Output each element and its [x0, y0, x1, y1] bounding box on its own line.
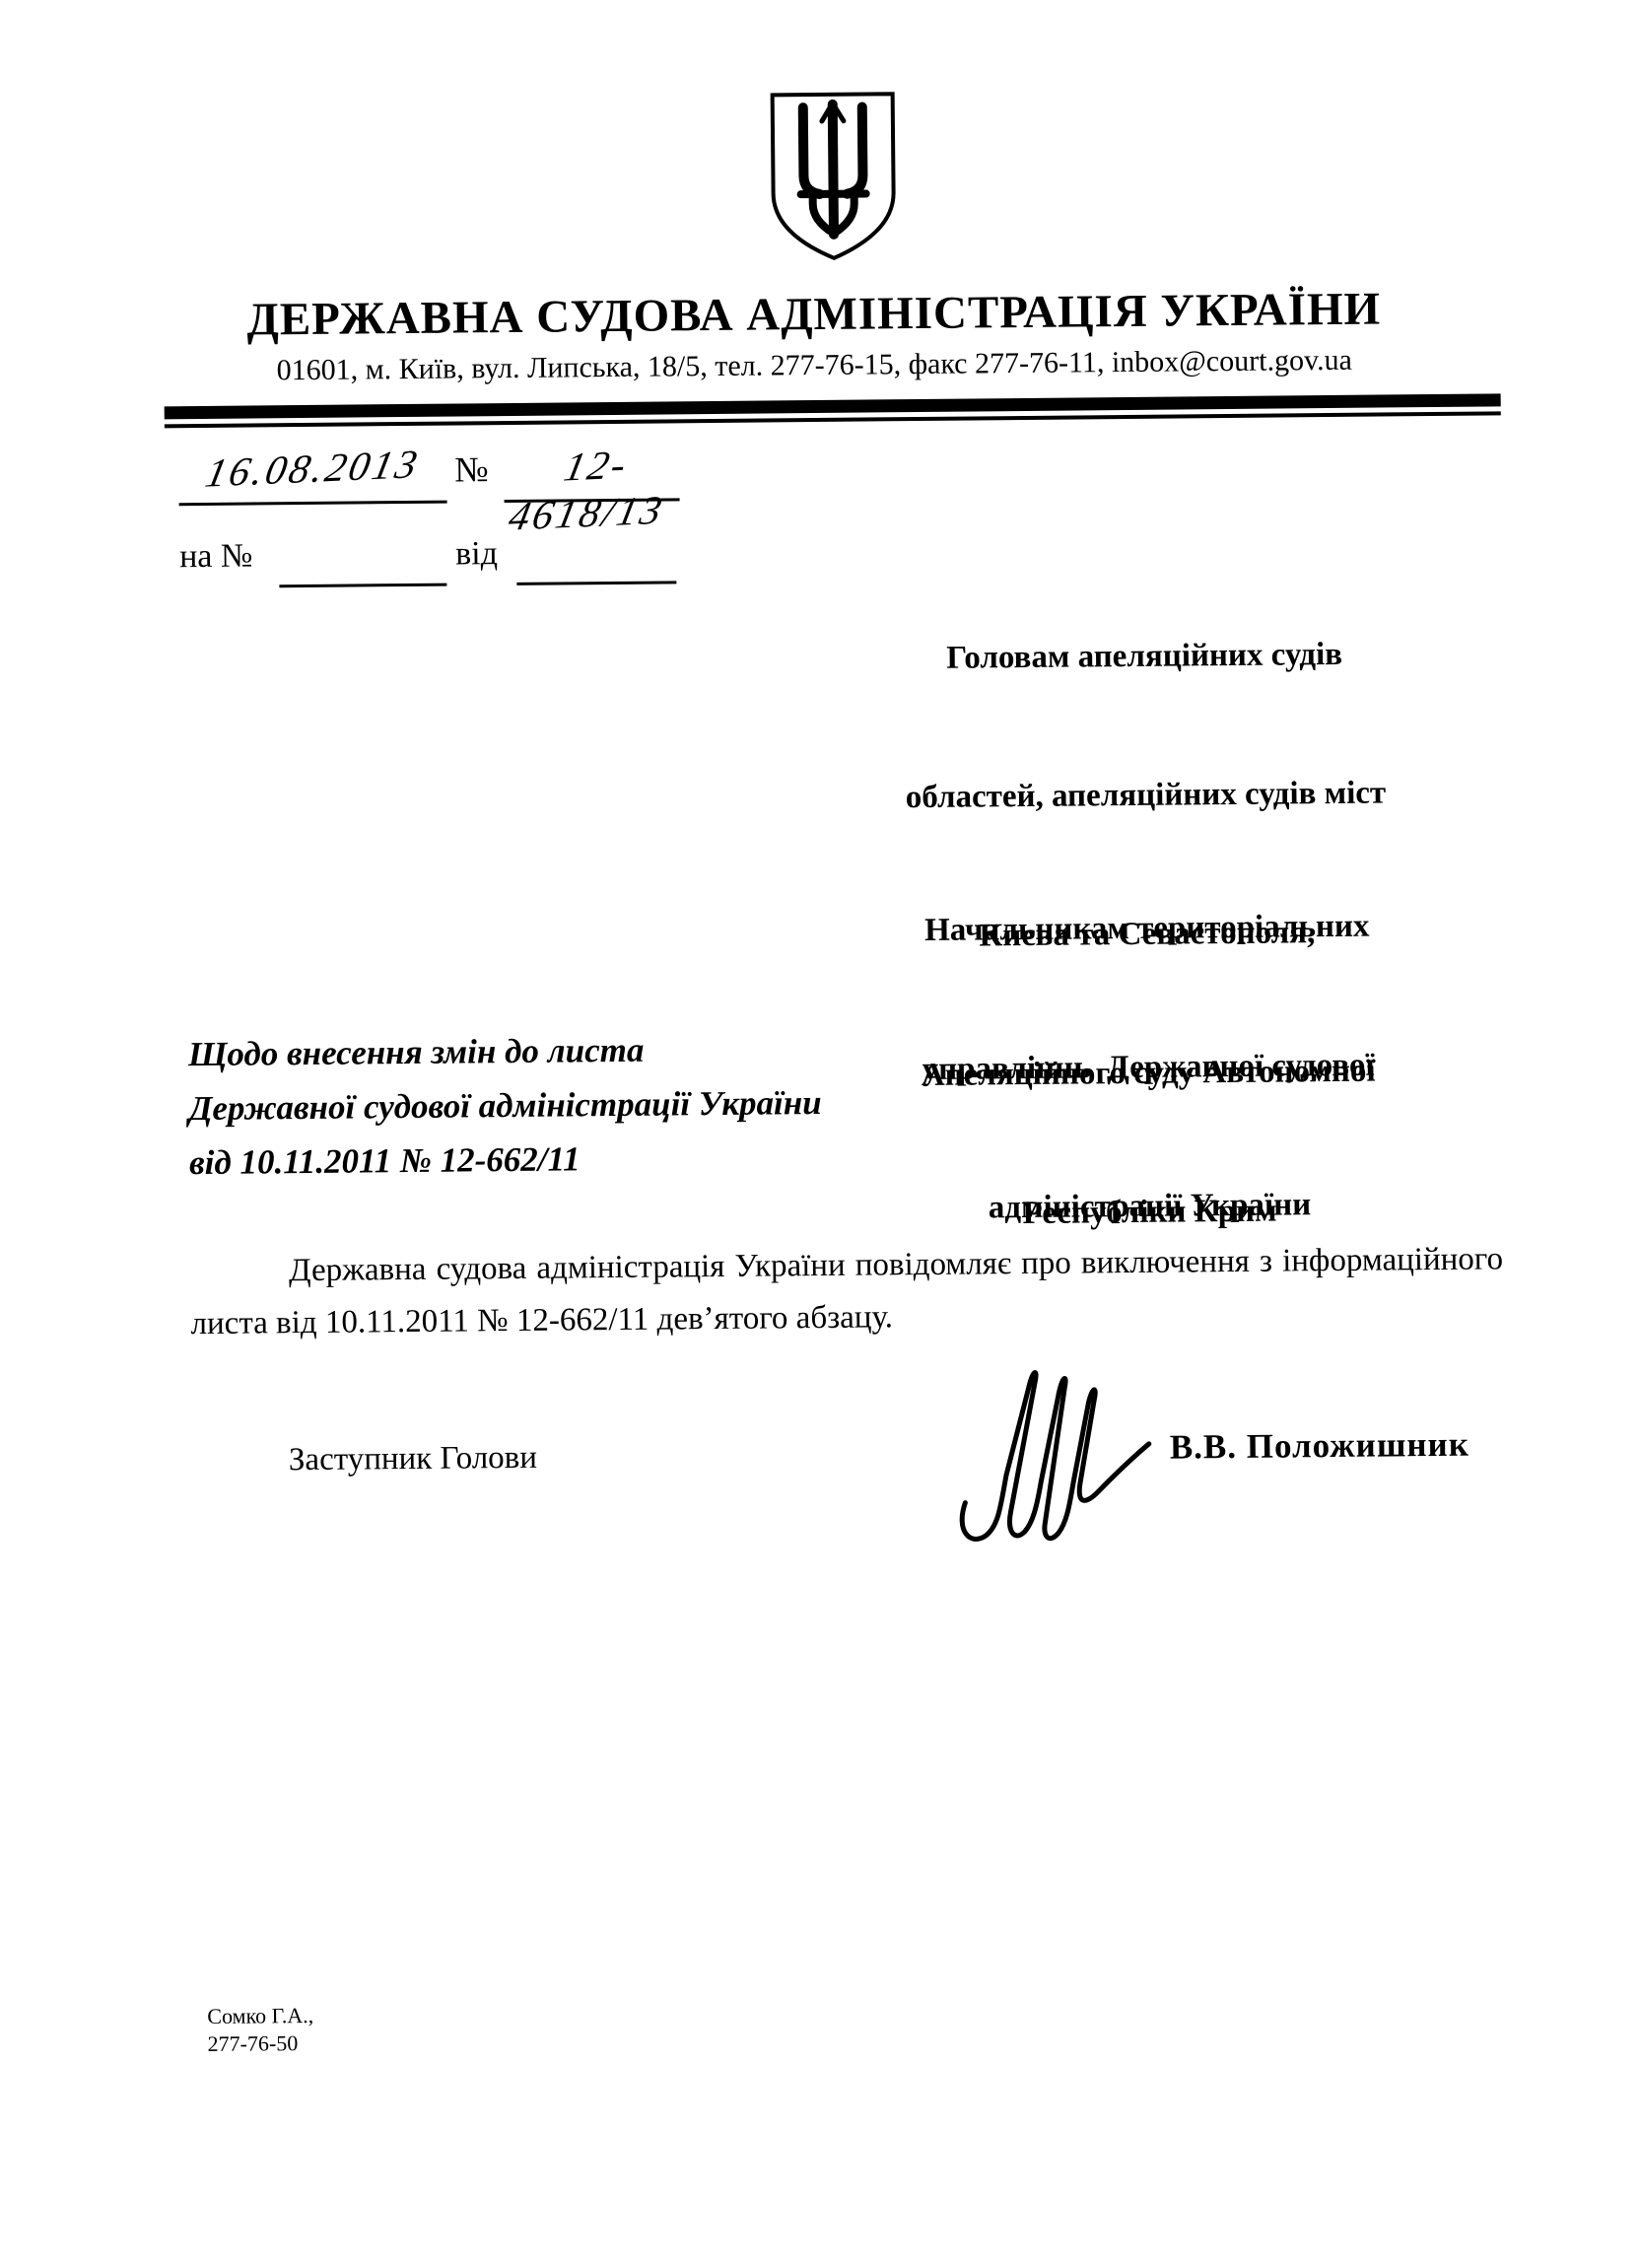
- reply-number-label: на №: [179, 538, 253, 577]
- handwritten-signature-icon: [948, 1355, 1159, 1556]
- doc-number-sign: №: [454, 448, 489, 490]
- body-paragraph: Державна судова адміністрація України по…: [190, 1233, 1504, 1350]
- letterhead-divider: [165, 393, 1501, 428]
- scanned-letter: ДЕРЖАВНА СУДОВА АДМІНІСТРАЦІЯ УКРАЇНИ 01…: [0, 0, 1640, 2268]
- ukraine-trident-emblem-icon: [764, 88, 904, 262]
- document-page: ДЕРЖАВНА СУДОВА АДМІНІСТРАЦІЯ УКРАЇНИ 01…: [0, 0, 1640, 2268]
- reply-date-label: від: [455, 535, 498, 573]
- signer-position-title: Заступник Голови: [289, 1440, 537, 1478]
- recipient-line: адміністрації України: [848, 1181, 1451, 1233]
- signer-name: В.В. Положишник: [1170, 1425, 1469, 1468]
- recipient-line: управліннь Державної судової: [847, 1042, 1450, 1094]
- subject-block: Щодо внесення змін до листа Державної су…: [188, 1021, 823, 1190]
- recipient-line: Начальникам територіальних: [846, 903, 1449, 955]
- subject-line: Державної судової адміністрації України: [188, 1075, 822, 1135]
- executor-contact: Сомко Г.А., 277-76-50: [207, 2002, 313, 2058]
- org-address: 01601, м. Київ, вул. Липська, 18/5, тел.…: [102, 342, 1526, 389]
- reply-date-blank: [516, 533, 676, 585]
- doc-date-field: 16.08.2013: [178, 444, 447, 507]
- subject-line: від 10.11.2011 № 12-662/11: [189, 1130, 823, 1190]
- recipient-line: Головам апеляційних судів: [843, 631, 1446, 683]
- handwritten-number: 12-4618/13: [494, 438, 690, 540]
- reply-number-blank: [279, 536, 446, 588]
- handwritten-date: 16.08.2013: [201, 440, 424, 497]
- doc-number-field: 12-4618/13: [504, 441, 680, 503]
- org-name: ДЕРЖАВНА СУДОВА АДМІНІСТРАЦІЯ УКРАЇНИ: [102, 281, 1526, 348]
- executor-name: Сомко Г.А.,: [207, 2002, 313, 2030]
- subject-line: Щодо внесення змін до листа: [188, 1021, 822, 1081]
- executor-phone: 277-76-50: [207, 2029, 313, 2058]
